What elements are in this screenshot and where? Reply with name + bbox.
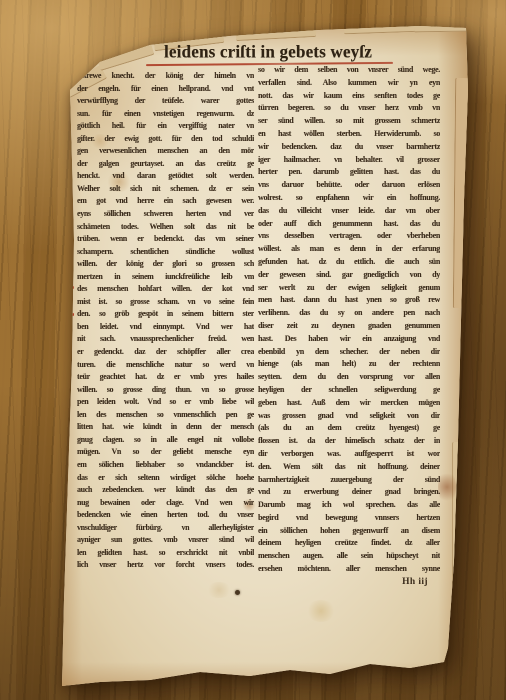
text-line: hast. Des haben wir ein anzaigung vnd xyxy=(258,333,440,346)
text-line: gnug clagen. so in alle engel nit vollob… xyxy=(77,434,254,447)
text-line: sun. für einen vnstetigen regenwurm. dz xyxy=(77,108,254,121)
text-line: Darumb mag ich wol sprechen. das alle xyxy=(258,499,440,512)
fold-crease xyxy=(236,28,316,41)
text-line: das er sich seltenn wirdiget sölche hoeh… xyxy=(77,472,254,485)
text-line: der gewesen sind. gar gnedigclich von dy xyxy=(258,269,440,282)
text-line: pen leiden wolt. Vnd so er vmb liebe wil xyxy=(77,396,254,409)
text-line: barmhertzigkeit zuuergebung der sünd xyxy=(258,474,440,487)
text-line: vnd zu erwerbung deiner gnad bringen. xyxy=(258,486,440,499)
text-line: schämeten todes. Welhen solt das nit be xyxy=(77,221,254,234)
text-line: heyligen der schnellen seligwerdung ge xyxy=(258,384,440,397)
text-line: lich vnser hertz vor forcht vnsers todes… xyxy=(77,559,254,572)
text-line: flossen ist. da der himelisch schatz der… xyxy=(258,435,440,448)
text-line: len gelidten hast. so erschrickt nit vnb… xyxy=(77,547,254,560)
text-line: ebenbild yn dem schecher. der neben dir xyxy=(258,346,440,359)
text-line: henckt. vnd daran getödtet solt werden. xyxy=(77,170,254,183)
text-line: en hast wöllen sterben. Herwiderumb. so xyxy=(258,128,440,141)
text-line: verwürfflyng der teüfele. warer gottes xyxy=(77,95,254,108)
text-line: vns desselben vertragen. oder vberheben xyxy=(258,230,440,243)
text-line: wolrest. so enpfahenn wir ein hoffnung. xyxy=(258,192,440,205)
text-line: em got vnd herre ein sach gewesen wer. xyxy=(77,195,254,208)
text-line: teür geachtet hat. dz er vmb yres hailes xyxy=(77,371,254,384)
text-line: ersehen möchtenn. aller menschen synne xyxy=(258,563,440,576)
text-line: ein söllichen hohen gegenwurff an disem xyxy=(258,525,440,538)
text-line: diser zeit zu deynen gnaden genummen xyxy=(258,320,440,333)
text-line: der galgen geurtayset. an das creütz ge xyxy=(77,158,254,171)
text-line: dir verborgen was. auffgesperrt ist wor xyxy=(258,448,440,461)
foxing-stain xyxy=(306,600,336,622)
text-line: bedencken wie einen herten tod. du vnser xyxy=(77,509,254,522)
text-line: mügen. Vn so der geliebt mensche eyn xyxy=(77,446,254,459)
text-line: Welher solt sich nit schemen. dz er sein xyxy=(77,183,254,196)
text-line: oder auff dich genummenn hast. das du xyxy=(258,218,440,231)
foxing-stain xyxy=(438,470,456,504)
text-line: verlihenn. das du sy on andere pen nach xyxy=(258,307,440,320)
rubric-mark xyxy=(67,286,74,289)
text-line: herter pen. darumb gelitten hast. das du xyxy=(258,166,440,179)
text-line: willen. so grosse ding thun. vn so gross… xyxy=(77,384,254,397)
wormhole xyxy=(235,590,240,595)
text-line: den. so gröb gespöt in seinem bittern st… xyxy=(77,308,254,321)
text-line: (als du an dem creütz hyengest) ge xyxy=(258,422,440,435)
text-line: was grossen gnad vnd seligkeit von dir xyxy=(258,410,440,423)
text-line: gen verwesenlichen menschen an den mör xyxy=(77,145,254,158)
text-line: türren begeren. so du vnser herz vmb vn xyxy=(258,102,440,115)
text-line: deinem heyligen creütze findet. dz aller xyxy=(258,537,440,550)
paper-shadow: leidens criſti in gebets weyſz getrewe k… xyxy=(0,0,506,700)
text-line: gifter. der ewig gott. für den tod schul… xyxy=(77,133,254,146)
text-line: menschen augen. alle sein hüpscheyt nit xyxy=(258,550,440,563)
text-line: ayniger sun gottes. vmb vnsrer sünd wil xyxy=(77,534,254,547)
text-line: iger hailmacher. vn behalter. vil grosse… xyxy=(258,154,440,167)
text-line: wir bedencken. daz du vnser barmhertz xyxy=(258,141,440,154)
text-line: ben leidet. vnd einnympt. Vnd wer hat xyxy=(77,321,254,334)
text-line: em sölichen liebhaber so vndanckber ist. xyxy=(77,459,254,472)
text-line: ser werlt zu der ewigen seligkeit genum xyxy=(258,282,440,295)
text-line: er gedenckt. daz der schöpffer aller cre… xyxy=(77,346,254,359)
text-line: mertzen in seinem iunckfreüliche leib vm xyxy=(77,271,254,284)
text-line: nott. das wir kaum eins senften todes ge xyxy=(258,90,440,103)
text-line: eyns söllichen schweren herten vnd ver xyxy=(77,208,254,221)
text-line: nug bewainen oder clage. Vnd wen wir xyxy=(77,497,254,510)
text-line: ser sünd willen. so mit grossem schmertz xyxy=(258,115,440,128)
text-line: seytten. dem du den vorsprung vor allen xyxy=(258,371,440,384)
text-line: trüben. wenn er bedenckt. das vm seiner xyxy=(77,233,254,246)
text-line: gefunden hat. dz du ettlich. die auch sü… xyxy=(258,256,440,269)
text-column-left: getrewe knecht. der könig der himeln vnd… xyxy=(77,70,254,572)
text-line: göttlich heil. für ein vergifftig nater … xyxy=(77,120,254,133)
foxing-stain xyxy=(206,582,232,598)
fold-crease xyxy=(344,23,422,35)
text-line: des menschen hohfart willen. der kot vnd xyxy=(77,283,254,296)
fold-crease-right-edge xyxy=(452,442,465,602)
signature-mark: Hh iij xyxy=(258,577,428,587)
text-line: mist ist. so grosse scham. vn vo seine f… xyxy=(77,296,254,309)
page-title: leidens criſti in gebets weyſz xyxy=(96,41,440,62)
text-line: willen. der könig der glori so grossen s… xyxy=(77,258,254,271)
text-line: das du villeicht vnser leide. dar vm obe… xyxy=(258,205,440,218)
text-line: vnschuldiger fürbürg. vn allerheyligiste… xyxy=(77,522,254,535)
text-line: getrewe knecht. der könig der himeln vn xyxy=(77,70,254,83)
fold-crease-right-edge xyxy=(453,78,469,308)
text-line: men hast. dann du hast ynen so groß rew xyxy=(258,294,440,307)
rubric-mark xyxy=(69,313,74,316)
text-line: verfallen sind. Also kummen wir yn eyn xyxy=(258,77,440,90)
paper-leaf: leidens criſti in gebets weyſz getrewe k… xyxy=(56,22,472,690)
text-line: hienge (als man helt) zu der rechtenn xyxy=(258,358,440,371)
fold-crease xyxy=(414,22,468,33)
text-line: litten hat. wie kündt in denn der mensch xyxy=(77,421,254,434)
text-line: len des menschen so vnmenschlich pen ge xyxy=(77,409,254,422)
text-line: geben hast. Auß dem wir mercken mügen xyxy=(258,397,440,410)
photo-incunable-leaf: leidens criſti in gebets weyſz getrewe k… xyxy=(0,0,506,700)
text-column-right: so wir dem selben von vnsrer sünd wege.v… xyxy=(258,64,440,576)
text-line: wöllest. als man es denn in der erfarung xyxy=(258,243,440,256)
text-line: auch zebedencken. wer kündt das den ge xyxy=(77,484,254,497)
text-line: schampern. schentlichen sündliche wollus… xyxy=(77,246,254,259)
text-line: vns daruor behütte. oder daruon erlösen xyxy=(258,179,440,192)
text-line: so wir dem selben von vnsrer sünd wege. xyxy=(258,64,440,77)
text-line: der engeln. für einen hellprand. vnd vnt xyxy=(77,83,254,96)
text-line: nit sach. vnaussprechenlicher freüd. wen xyxy=(77,333,254,346)
text-line: turen. die menschliche natur so werd vn xyxy=(77,359,254,372)
text-line: den. Wem sölt das nit hoffnung. deiner xyxy=(258,461,440,474)
text-line: begird vnd bewegung vnnsers hertzen xyxy=(258,512,440,525)
